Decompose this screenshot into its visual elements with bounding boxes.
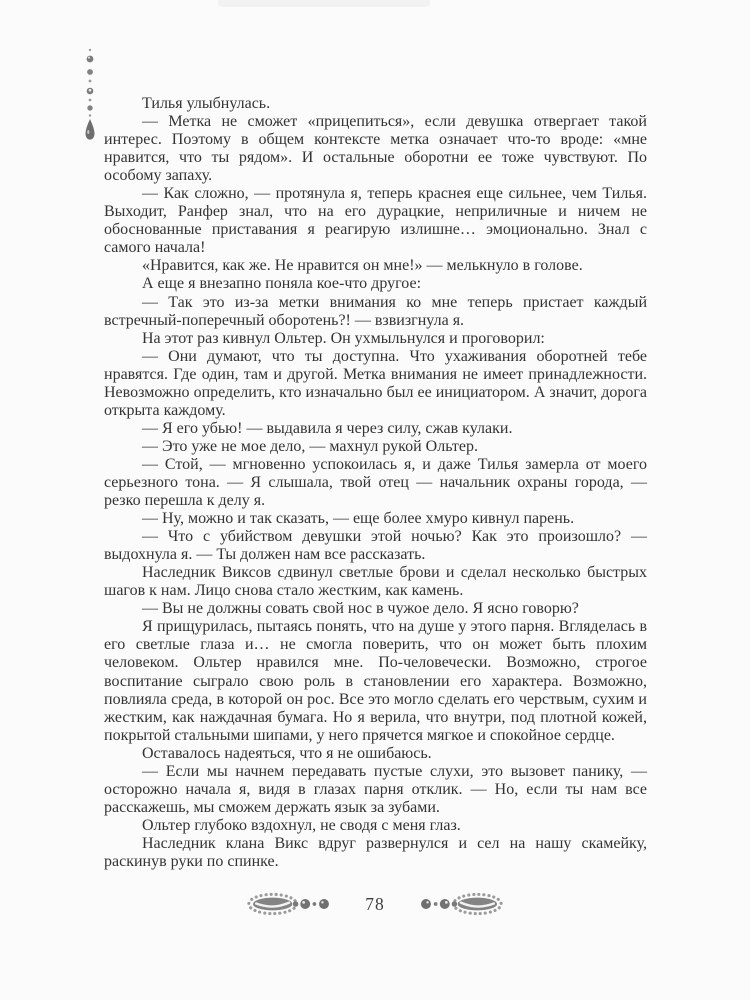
page-number: 78 [362, 894, 388, 915]
book-page: Тилья улыбнулась.— Метка не сможет «приц… [0, 0, 750, 1000]
paragraph: — Метка не сможет «прицепиться», если де… [104, 113, 647, 185]
paragraph: — Так это из-за метки внимания ко мне те… [104, 294, 647, 330]
paragraph: «Нравится, как же. Не нравится он мне!» … [104, 257, 647, 275]
paragraph: — Как сложно, — протянула я, теперь крас… [104, 185, 647, 257]
lace-leaf-flourish-right-icon [415, 890, 503, 918]
drop-chain-ornament-icon [80, 47, 100, 147]
paragraph: — Стой, — мгновенно успокоилась я, и даж… [104, 456, 647, 510]
paragraph: Наследник клана Викс вдруг развернулся и… [104, 835, 647, 871]
page-footer: 78 [0, 890, 750, 918]
paragraph: А еще я внезапно поняла кое-что другое: [104, 275, 647, 293]
paragraph: — Я его убью! — выдавила я через силу, с… [104, 420, 647, 438]
paragraph: Оставалось надеяться, что я не ошибаюсь. [104, 745, 647, 763]
paragraph: Я прищурилась, пытаясь понять, что на ду… [104, 618, 647, 744]
paragraph: Наследник Виксов сдвинул светлые брови и… [104, 564, 647, 600]
lace-leaf-flourish-left-icon [247, 890, 335, 918]
paragraph: Тилья улыбнулась. [104, 95, 647, 113]
paragraph: Ольтер глубоко вздохнул, не сводя с меня… [104, 817, 647, 835]
paragraph: — Что с убийством девушки этой ночью? Ка… [104, 528, 647, 564]
paragraph: — Это уже не мое дело, — махнул рукой Ол… [104, 438, 647, 456]
paragraph: — Ну, можно и так сказать, — еще более х… [104, 510, 647, 528]
paragraph: — Они думают, что ты доступна. Что ухажи… [104, 348, 647, 420]
paragraph: — Вы не должны совать свой нос в чужое д… [104, 600, 647, 618]
page-bleed-artifact [218, 0, 430, 7]
paragraph: — Если мы начнем передавать пустые слухи… [104, 763, 647, 817]
text-block: Тилья улыбнулась.— Метка не сможет «приц… [104, 95, 647, 871]
paragraph: На этот раз кивнул Ольтер. Он ухмыльнулс… [104, 330, 647, 348]
